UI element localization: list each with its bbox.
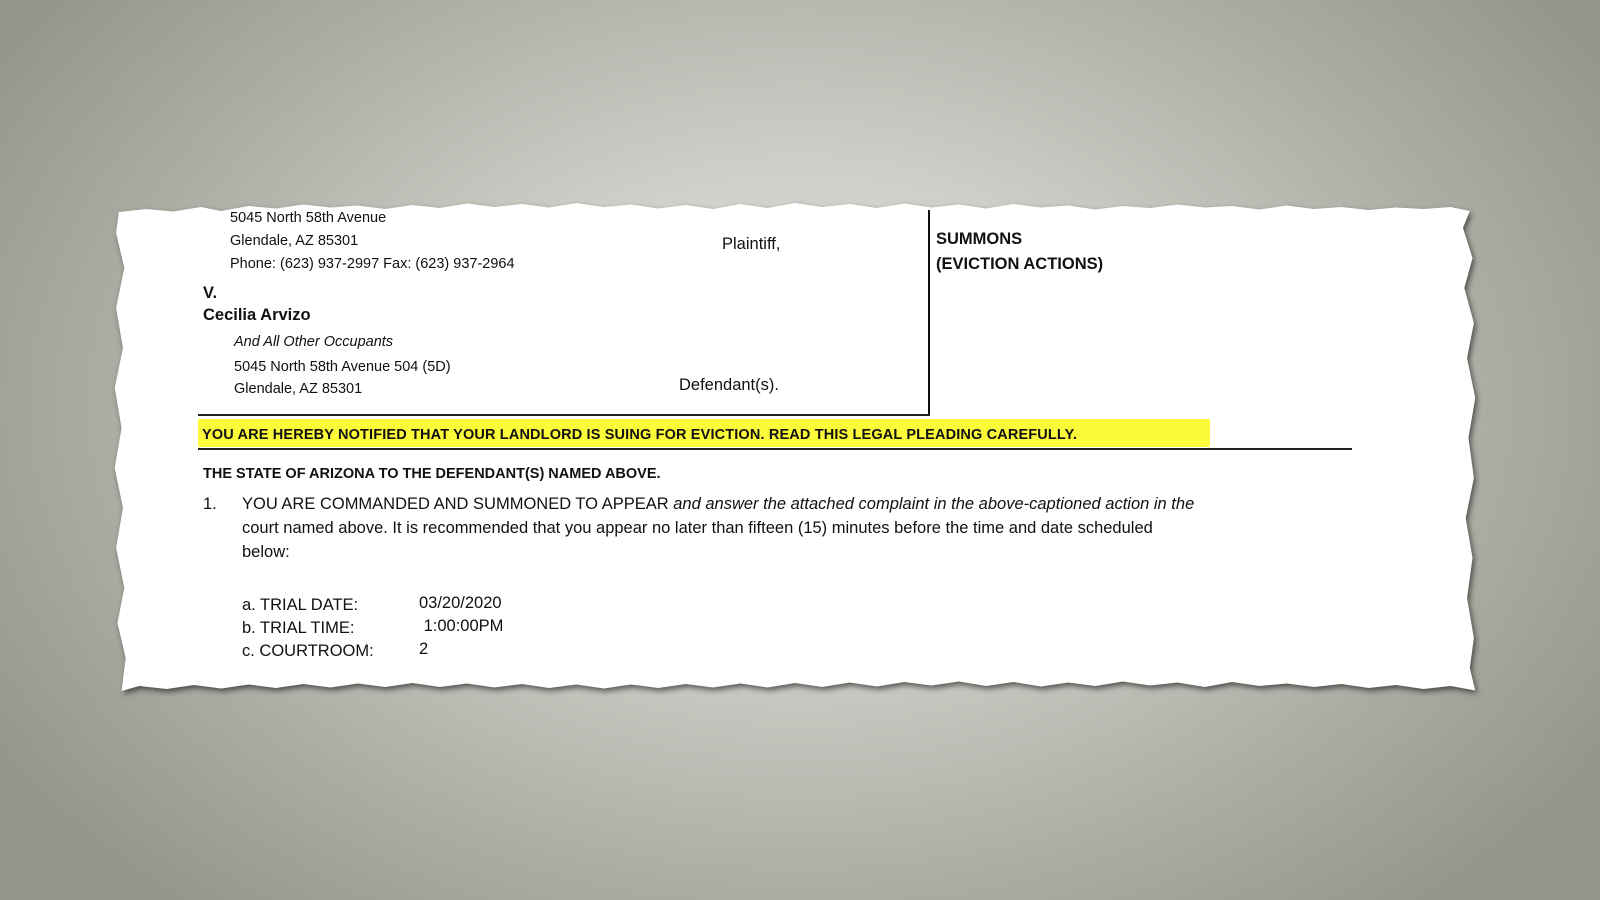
paragraph-1-line2: court named above. It is recommended tha…: [242, 519, 1153, 538]
courtroom-label: c. COURTROOM:: [242, 642, 374, 661]
defendant-name: Cecilia Arvizo: [203, 306, 311, 325]
summons-title: SUMMONS: [936, 230, 1022, 249]
defendant-address-line1: 5045 North 58th Avenue 504 (5D): [234, 359, 451, 375]
paragraph-1-line1: YOU ARE COMMANDED AND SUMMONED TO APPEAR…: [242, 495, 1194, 514]
trial-time-value: 1:00:00PM: [419, 617, 503, 636]
defendant-occupants: And All Other Occupants: [234, 334, 393, 350]
state-heading: THE STATE OF ARIZONA TO THE DEFENDANT(S)…: [203, 466, 661, 482]
notice-bottom-rule: [198, 448, 1352, 450]
caption-vertical-rule: [928, 210, 930, 416]
commanded-text: YOU ARE COMMANDED AND SUMMONED TO APPEAR: [242, 495, 669, 513]
plaintiff-address-line1: 5045 North 58th Avenue: [230, 210, 386, 226]
paragraph-1-line1-rest: and answer the attached complaint in the…: [669, 495, 1195, 513]
eviction-notice-banner: YOU ARE HEREBY NOTIFIED THAT YOUR LANDLO…: [202, 427, 1077, 443]
paragraph-number: 1.: [203, 495, 217, 514]
plaintiff-label: Plaintiff,: [722, 235, 780, 254]
plaintiff-contact: Phone: (623) 937-2997 Fax: (623) 937-296…: [230, 256, 515, 272]
trial-date-value: 03/20/2020: [419, 594, 502, 613]
document-content: 5045 North 58th Avenue Glendale, AZ 8530…: [112, 198, 1478, 698]
versus-label: V.: [203, 284, 217, 303]
courtroom-value: 2: [419, 640, 428, 659]
trial-date-label: a. TRIAL DATE:: [242, 596, 358, 615]
summons-subtitle: (EVICTION ACTIONS): [936, 255, 1103, 274]
trial-time-label: b. TRIAL TIME:: [242, 619, 354, 638]
summons-document-clipping: 5045 North 58th Avenue Glendale, AZ 8530…: [112, 198, 1478, 698]
caption-bottom-rule: [198, 414, 930, 416]
defendant-label: Defendant(s).: [679, 376, 779, 395]
plaintiff-address-line2: Glendale, AZ 85301: [230, 233, 358, 249]
defendant-address-line2: Glendale, AZ 85301: [234, 381, 362, 397]
paragraph-1-line3: below:: [242, 543, 290, 562]
